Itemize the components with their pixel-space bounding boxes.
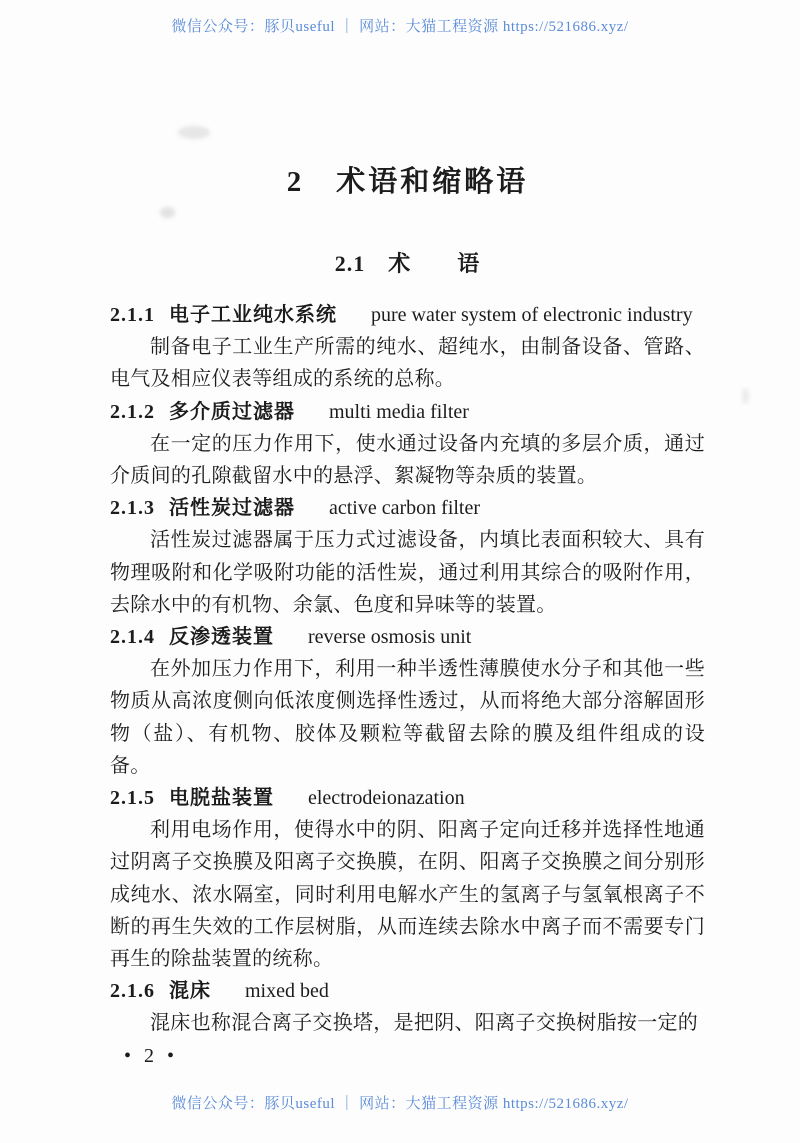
term-name-zh: 活性炭过滤器 <box>169 497 295 519</box>
term-number: 2.1.3 <box>110 497 155 519</box>
page-content: 2 术语和缩略语 2.1 术 语 2.1.1电子工业纯水系统pure water… <box>110 0 705 1072</box>
term-name-zh: 电子工业纯水系统 <box>169 304 337 326</box>
term-entry: 2.1.1电子工业纯水系统pure water system of electr… <box>110 299 705 396</box>
term-number: 2.1.6 <box>110 980 155 1002</box>
term-name-zh: 混床 <box>169 980 211 1002</box>
term-name-en: multi media filter <box>329 401 469 423</box>
term-name-zh: 反渗透装置 <box>169 626 274 648</box>
term-entry: 2.1.4反渗透装置reverse osmosis unit 在外加压力作用下，… <box>110 621 705 782</box>
term-heading: 2.1.2多介质过滤器multi media filter <box>110 396 705 428</box>
term-definition: 在一定的压力作用下，使水通过设备内充填的多层介质，通过介质间的孔隙截留水中的悬浮… <box>110 428 705 492</box>
scanned-document-page: 微信公众号：豚贝useful ｜ 网站：大猫工程资源 https://52168… <box>0 0 800 1143</box>
chapter-title: 2 术语和缩略语 <box>110 0 705 200</box>
term-heading: 2.1.4反渗透装置reverse osmosis unit <box>110 621 705 653</box>
scan-smudge <box>742 388 749 404</box>
term-name-en: active carbon filter <box>329 497 480 519</box>
term-name-en: reverse osmosis unit <box>308 626 471 648</box>
term-heading: 2.1.1电子工业纯水系统pure water system of electr… <box>110 299 705 331</box>
term-heading: 2.1.3活性炭过滤器active carbon filter <box>110 492 705 524</box>
term-name-en: electrodeionazation <box>308 787 465 809</box>
page-number: • 2 • <box>110 1040 705 1072</box>
term-entry: 2.1.5电脱盐装置electrodeionazation 利用电场作用，使得水… <box>110 782 705 975</box>
watermark-bottom: 微信公众号：豚贝useful ｜ 网站：大猫工程资源 https://52168… <box>0 1092 800 1113</box>
term-entry: 2.1.3活性炭过滤器active carbon filter 活性炭过滤器属于… <box>110 492 705 621</box>
term-number: 2.1.5 <box>110 787 155 809</box>
term-name-zh: 多介质过滤器 <box>169 401 295 423</box>
term-name-en: mixed bed <box>245 980 329 1002</box>
term-definition: 混床也称混合离子交换塔，是把阴、阳离子交换树脂按一定的 <box>110 1007 705 1039</box>
term-number: 2.1.2 <box>110 401 155 423</box>
term-definition: 制备电子工业生产所需的纯水、超纯水，由制备设备、管路、电气及相应仪表等组成的系统… <box>110 331 705 395</box>
term-heading: 2.1.5电脱盐装置electrodeionazation <box>110 782 705 814</box>
term-number: 2.1.1 <box>110 304 155 326</box>
terms-list: 2.1.1电子工业纯水系统pure water system of electr… <box>110 279 705 1040</box>
term-heading: 2.1.6混床mixed bed <box>110 975 705 1007</box>
term-definition: 在外加压力作用下，利用一种半透性薄膜使水分子和其他一些物质从高浓度侧向低浓度侧选… <box>110 653 705 782</box>
term-name-zh: 电脱盐装置 <box>169 787 274 809</box>
term-entry: 2.1.6混床mixed bed 混床也称混合离子交换塔，是把阴、阳离子交换树脂… <box>110 975 705 1039</box>
term-definition: 活性炭过滤器属于压力式过滤设备，内填比表面积较大、具有物理吸附和化学吸附功能的活… <box>110 524 705 621</box>
term-definition: 利用电场作用，使得水中的阴、阳离子定向迁移并选择性地通过阴离子交换膜及阳离子交换… <box>110 814 705 975</box>
term-entry: 2.1.2多介质过滤器multi media filter 在一定的压力作用下，… <box>110 396 705 493</box>
term-name-en: pure water system of electronic industry <box>371 304 693 326</box>
term-number: 2.1.4 <box>110 626 155 648</box>
section-title: 2.1 术 语 <box>110 200 705 279</box>
